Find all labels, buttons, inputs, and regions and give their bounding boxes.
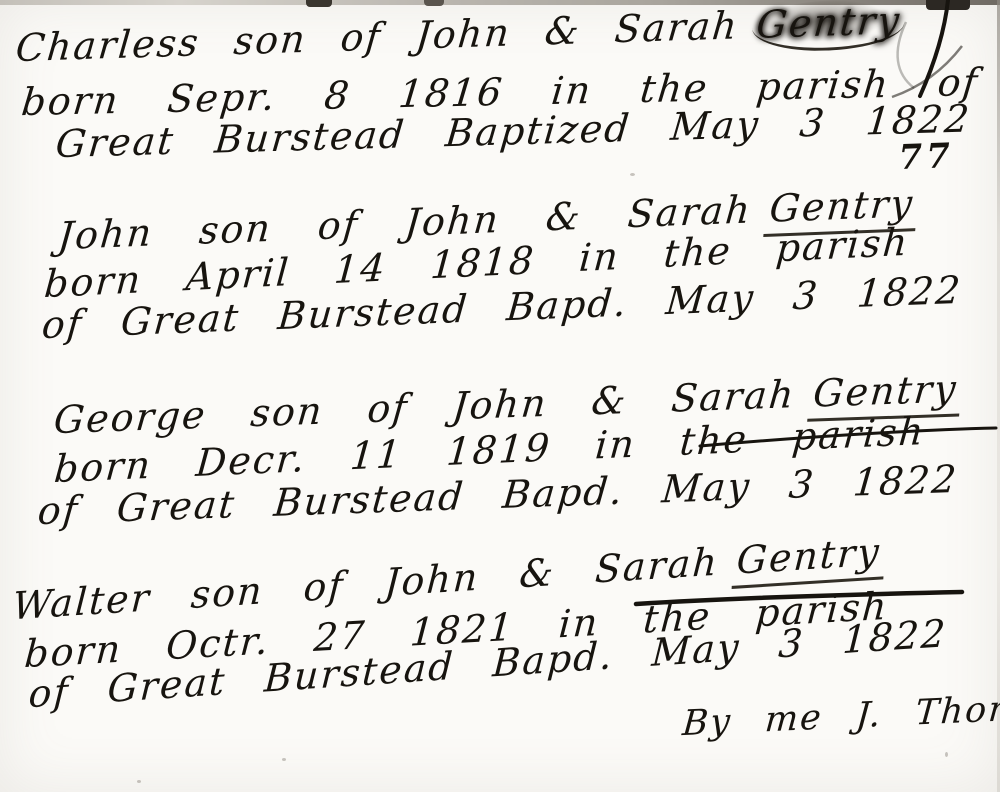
page-number: 77 [898,136,955,178]
paper-speck [137,780,141,783]
baptism-entry-1-line-1: Charless son of John & SarahGentry [14,0,907,70]
entry-1-name-and-parents: Charless son of John & Sarah [14,3,741,70]
scan-edge-mark [926,0,970,10]
officiant-signature: By me J. Thornton [681,685,1000,744]
paper-speck [282,758,286,761]
scan-edge-mark [424,0,444,6]
entry-1-surname-blotted: Gentry [750,0,907,53]
paper-speck [630,173,635,176]
paper-speck [945,752,948,757]
register-page: Charless son of John & SarahGentry born … [0,0,1000,792]
scan-edge-mark [306,0,332,7]
entry-4-surname: Gentry [731,529,886,589]
